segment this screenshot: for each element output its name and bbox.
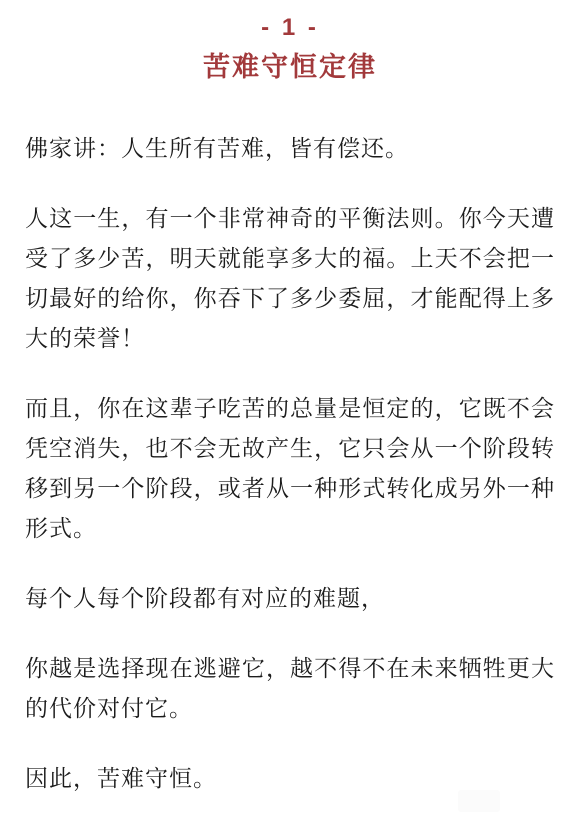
page-title: 苦难守恒定律: [0, 50, 580, 84]
section-number: - 1 -: [0, 13, 580, 43]
article-page: - 1 - 苦难守恒定律 佛家讲：人生所有苦难，皆有偿还。 人这一生，有一个非常…: [0, 0, 580, 816]
article-body: 佛家讲：人生所有苦难，皆有偿还。 人这一生，有一个非常神奇的平衡法则。你今天遭受…: [25, 128, 555, 798]
faint-watermark: [458, 790, 500, 812]
paragraph-3: 而且，你在这辈子吃苦的总量是恒定的，它既不会凭空消失，也不会无故产生，它只会从一…: [25, 388, 555, 548]
paragraph-5: 你越是选择现在逃避它，越不得不在未来牺牲更大的代价对付它。: [25, 648, 555, 728]
article-header: - 1 - 苦难守恒定律: [0, 0, 580, 84]
paragraph-1: 佛家讲：人生所有苦难，皆有偿还。: [25, 128, 555, 168]
paragraph-4: 每个人每个阶段都有对应的难题，: [25, 578, 555, 618]
paragraph-2: 人这一生，有一个非常神奇的平衡法则。你今天遭受了多少苦，明天就能享多大的福。上天…: [25, 198, 555, 358]
